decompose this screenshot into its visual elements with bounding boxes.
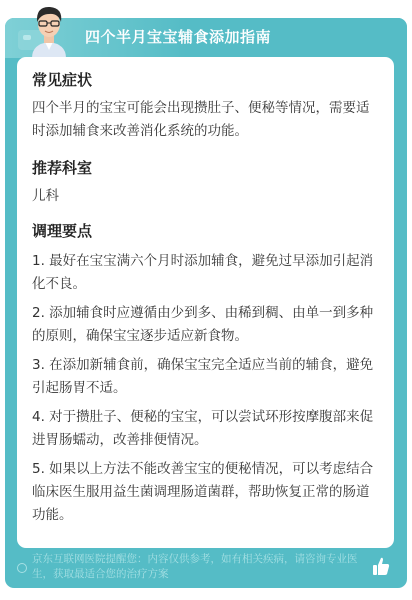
symptoms-text: 四个半月的宝宝可能会出现攒肚子、便秘等情况，需要适时添加辅食来改善消化系统的功能… [32,97,382,143]
department-text: 儿科 [32,185,382,208]
thumbs-up-icon[interactable] [372,556,390,576]
content-card: 常见症状 四个半月的宝宝可能会出现攒肚子、便秘等情况，需要适时添加辅食来改善消化… [17,57,394,548]
care-item: 4. 对于攒肚子、便秘的宝宝，可以尝试环形按摩腹部来促进胃肠蠕动，改善排便情况。 [32,406,382,452]
care-item: 3. 在添加新辅食前，确保宝宝完全适应当前的辅食，避免引起肠胃不适。 [32,354,382,400]
care-title: 调理要点 [32,220,92,241]
care-item: 5. 如果以上方法不能改善宝宝的便秘情况，可以考虑结合临床医生服用益生菌调理肠道… [32,458,382,527]
info-icon [17,563,27,573]
disclaimer-text: 京东互联网医院提醒您：内容仅供参考，如有相关疾病，请咨询专业医生，获取最适合您的… [32,552,362,582]
care-item: 2. 添加辅食时应遵循由少到多、由稀到稠、由单一到多种的原则，确保宝宝逐步适应新… [32,302,382,348]
page-title: 四个半月宝宝辅食添加指南 [85,26,271,47]
symptoms-title: 常见症状 [32,69,92,90]
care-item: 1. 最好在宝宝满六个月时添加辅食，避免过早添加引起消化不良。 [32,250,382,296]
department-title: 推荐科室 [32,157,92,178]
doctor-avatar-icon [24,0,74,58]
